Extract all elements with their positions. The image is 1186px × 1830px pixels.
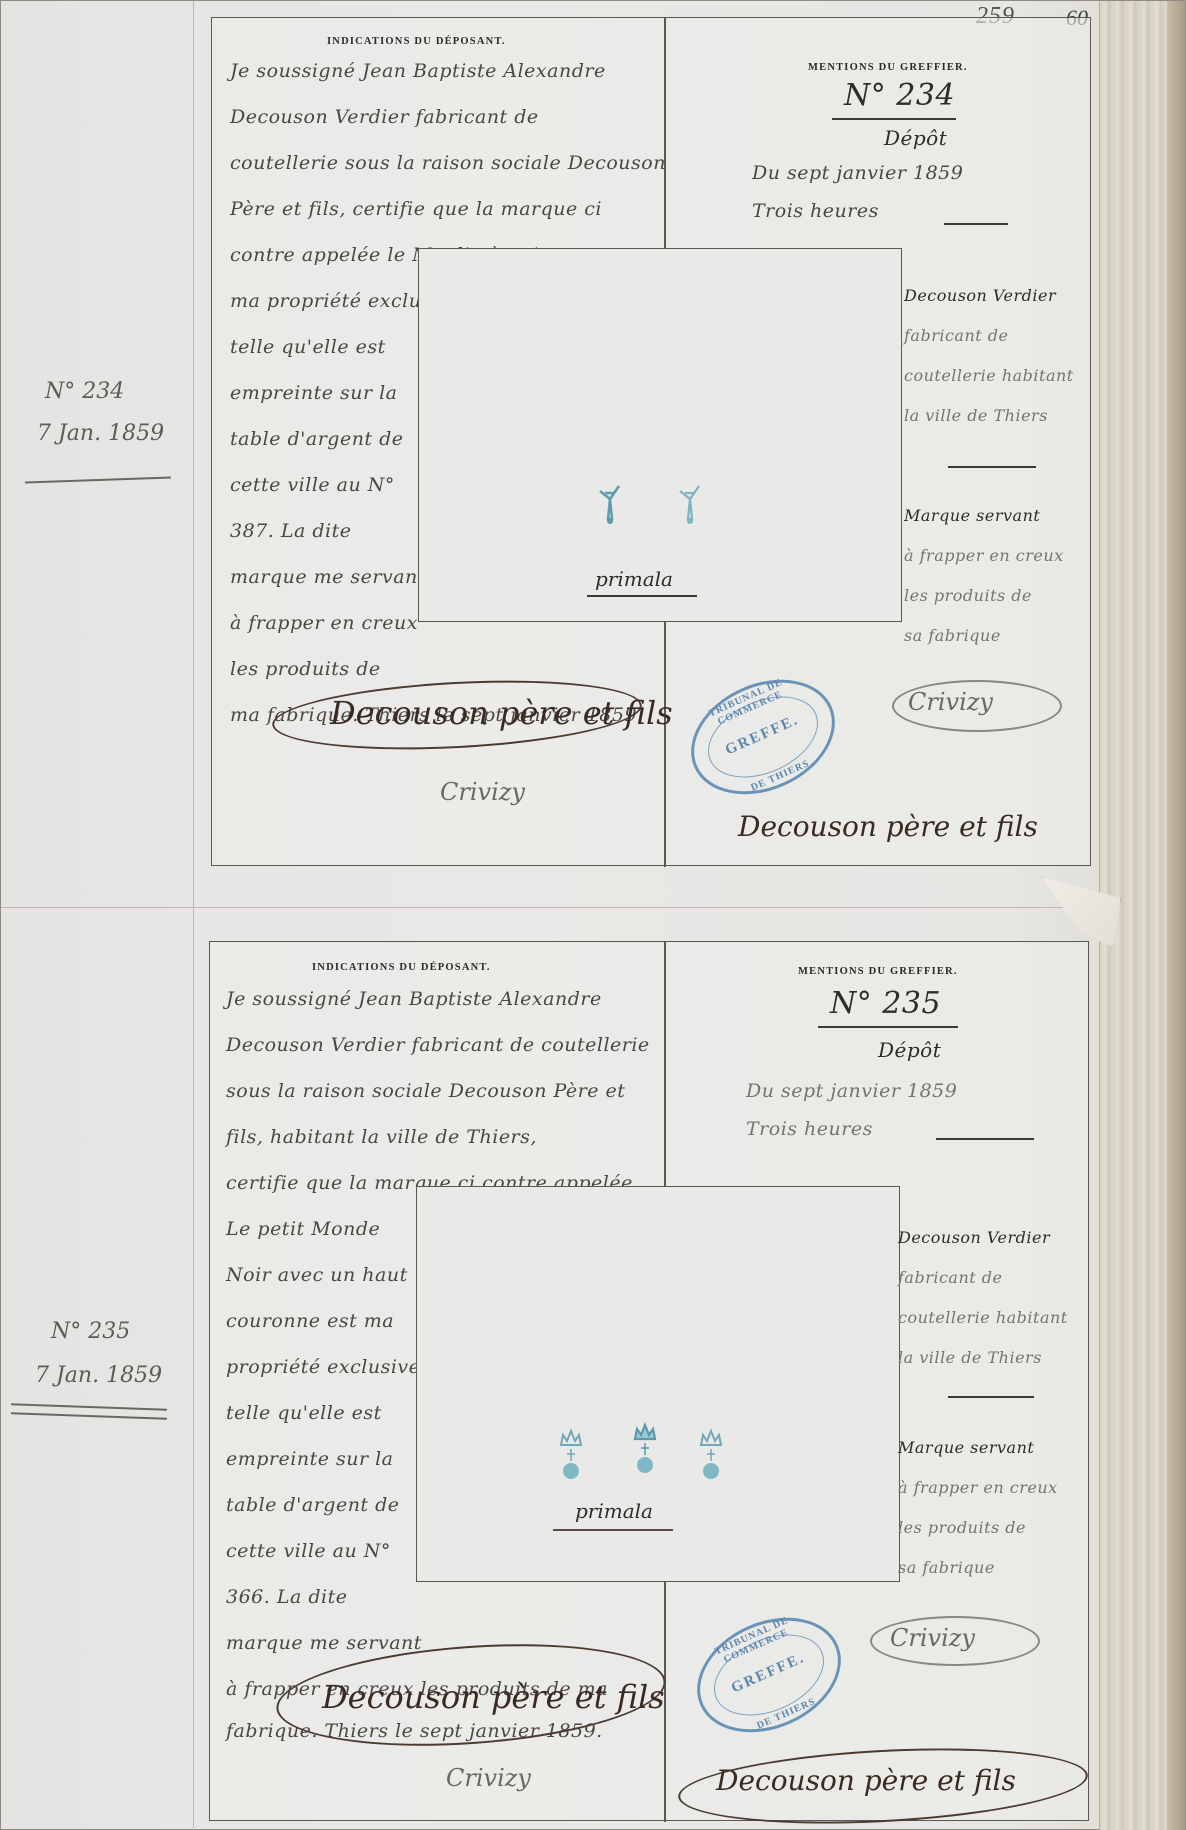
depositor-line: Père et fils, certifie que la marque ci <box>230 198 602 220</box>
crown-orb-mark-icon <box>697 1427 725 1483</box>
clerk-header: MENTIONS DU GREFFIER. <box>798 966 958 977</box>
depositor-signature: Decouson père et fils <box>322 1678 665 1716</box>
depositor-line: telle qu'elle est <box>230 336 386 358</box>
depositor-line: les produits de <box>230 658 381 680</box>
deposit-date: Du sept janvier 1859 <box>746 1080 957 1102</box>
deposit-date: Du sept janvier 1859 <box>752 162 963 184</box>
depositor-line: marque me servant <box>226 1632 422 1654</box>
depositor-line: telle qu'elle est <box>226 1402 382 1424</box>
clerk-signature: Crivizy <box>890 1624 975 1652</box>
depositor-witness-signature: Crivizy <box>440 778 525 806</box>
mark-label-underline <box>553 1529 673 1531</box>
deposit-time: Trois heures <box>746 1118 873 1140</box>
margin-rule-vertical <box>193 1 194 1830</box>
depositor-line: marque me servant <box>230 566 426 588</box>
clerk-column-depositor-signature: Decouson père et fils <box>716 1764 1016 1797</box>
deposit-title: Dépôt <box>884 126 947 150</box>
clerk-registration-number: N° 235 <box>830 986 941 1021</box>
clerk-signature: Crivizy <box>908 688 993 716</box>
margin-note-date: 7 Jan. 1859 <box>37 421 164 446</box>
crown-orb-mark-icon <box>557 1427 585 1483</box>
depositor-line: propriété exclusive <box>226 1356 420 1378</box>
owner-line: fabricant de <box>898 1268 1003 1287</box>
owner-line: fabricant de <box>904 326 1009 345</box>
record-235: INDICATIONS DU DÉPOSANT. MENTIONS DU GRE… <box>209 941 1089 1821</box>
imprint-box: primala <box>418 248 902 622</box>
depositor-line: couronne est ma <box>226 1310 394 1332</box>
usage-line: sa fabrique <box>904 626 1001 645</box>
margin-rule-horizontal <box>1 907 1101 908</box>
mark-label-underline <box>587 595 697 597</box>
depositor-line: empreinte sur la <box>230 382 398 404</box>
owner-line: Decouson Verdier <box>898 1228 1050 1247</box>
owner-line: coutellerie habitant <box>898 1308 1068 1327</box>
owner-line: la ville de Thiers <box>904 406 1048 425</box>
pepper-mill-mark-icon <box>677 483 703 527</box>
margin-note-rule <box>11 1403 167 1410</box>
depositor-line: cette ville au N° <box>230 474 395 496</box>
greffe-stamp: TRIBUNAL DE COMMERCE GREFFE. DE THIERS <box>673 658 853 816</box>
depositor-line: Noir avec un haut <box>226 1264 408 1286</box>
depositor-header: INDICATIONS DU DÉPOSANT. <box>327 36 506 47</box>
clerk-header: MENTIONS DU GREFFIER. <box>808 62 968 73</box>
usage-line: sa fabrique <box>898 1558 995 1577</box>
margin-note-number: N° 234 <box>45 379 124 404</box>
clerk-registration-number: N° 234 <box>844 78 955 113</box>
registration-underline <box>832 118 956 120</box>
clerk-rule <box>948 466 1036 468</box>
mark-name-label: primala <box>595 567 673 591</box>
margin-note-rule <box>25 476 171 483</box>
deposit-title: Dépôt <box>878 1038 941 1062</box>
clerk-column-depositor-signature: Decouson père et fils <box>738 810 1038 843</box>
depositor-line: 366. La dite <box>226 1586 347 1608</box>
usage-line: les produits de <box>904 586 1032 605</box>
mark-name-label: primala <box>575 1499 653 1523</box>
margin-note-number: N° 235 <box>51 1319 130 1344</box>
depositor-line: Je soussigné Jean Baptiste Alexandre <box>226 988 602 1010</box>
depositor-witness-signature: Crivizy <box>446 1764 531 1792</box>
depositor-header: INDICATIONS DU DÉPOSANT. <box>312 962 491 973</box>
depositor-line: empreinte sur la <box>226 1448 394 1470</box>
owner-line: Decouson Verdier <box>904 286 1056 305</box>
depositor-line: Decouson Verdier fabricant de coutelleri… <box>226 1034 650 1056</box>
clerk-rule <box>944 223 1008 225</box>
depositor-line: cette ville au N° <box>226 1540 391 1562</box>
owner-line: la ville de Thiers <box>898 1348 1042 1367</box>
deposit-time: Trois heures <box>752 200 879 222</box>
depositor-line: Le petit Monde <box>226 1218 380 1240</box>
usage-line: à frapper en creux <box>898 1478 1058 1497</box>
crown-orb-mark-icon <box>631 1421 659 1477</box>
depositor-line: 387. La dite <box>230 520 351 542</box>
margin-note-rule <box>11 1412 167 1419</box>
usage-line: Marque servant <box>904 506 1040 525</box>
usage-line: les produits de <box>898 1518 1026 1537</box>
depositor-line: à frapper en creux <box>230 612 418 634</box>
greffe-stamp: TRIBUNAL DE COMMERCE GREFFE. DE THIERS <box>679 1596 859 1754</box>
depositor-line: table d'argent de <box>226 1494 400 1516</box>
margin-note-date: 7 Jan. 1859 <box>35 1363 162 1388</box>
record-234: INDICATIONS DU DÉPOSANT. MENTIONS DU GRE… <box>211 17 1091 866</box>
depositor-line: Je soussigné Jean Baptiste Alexandre <box>230 60 606 82</box>
depositor-line: Decouson Verdier fabricant de <box>230 106 539 128</box>
owner-line: coutellerie habitant <box>904 366 1074 385</box>
imprint-box: primala <box>416 1186 900 1582</box>
usage-line: à frapper en creux <box>904 546 1064 565</box>
depositor-signature: Decouson père et fils <box>330 694 673 732</box>
clerk-rule <box>948 1396 1034 1398</box>
clerk-rule <box>936 1138 1034 1140</box>
registration-underline <box>818 1026 958 1028</box>
depositor-line: sous la raison sociale Decouson Père et <box>226 1080 625 1102</box>
register-page: 259 60 N° 234 7 Jan. 1859 INDICATIONS DU… <box>0 0 1186 1830</box>
depositor-line: table d'argent de <box>230 428 404 450</box>
depositor-line: coutellerie sous la raison sociale Decou… <box>230 152 666 174</box>
depositor-line: fils, habitant la ville de Thiers, <box>226 1126 537 1148</box>
pepper-mill-mark-icon <box>597 483 623 527</box>
usage-line: Marque servant <box>898 1438 1034 1457</box>
